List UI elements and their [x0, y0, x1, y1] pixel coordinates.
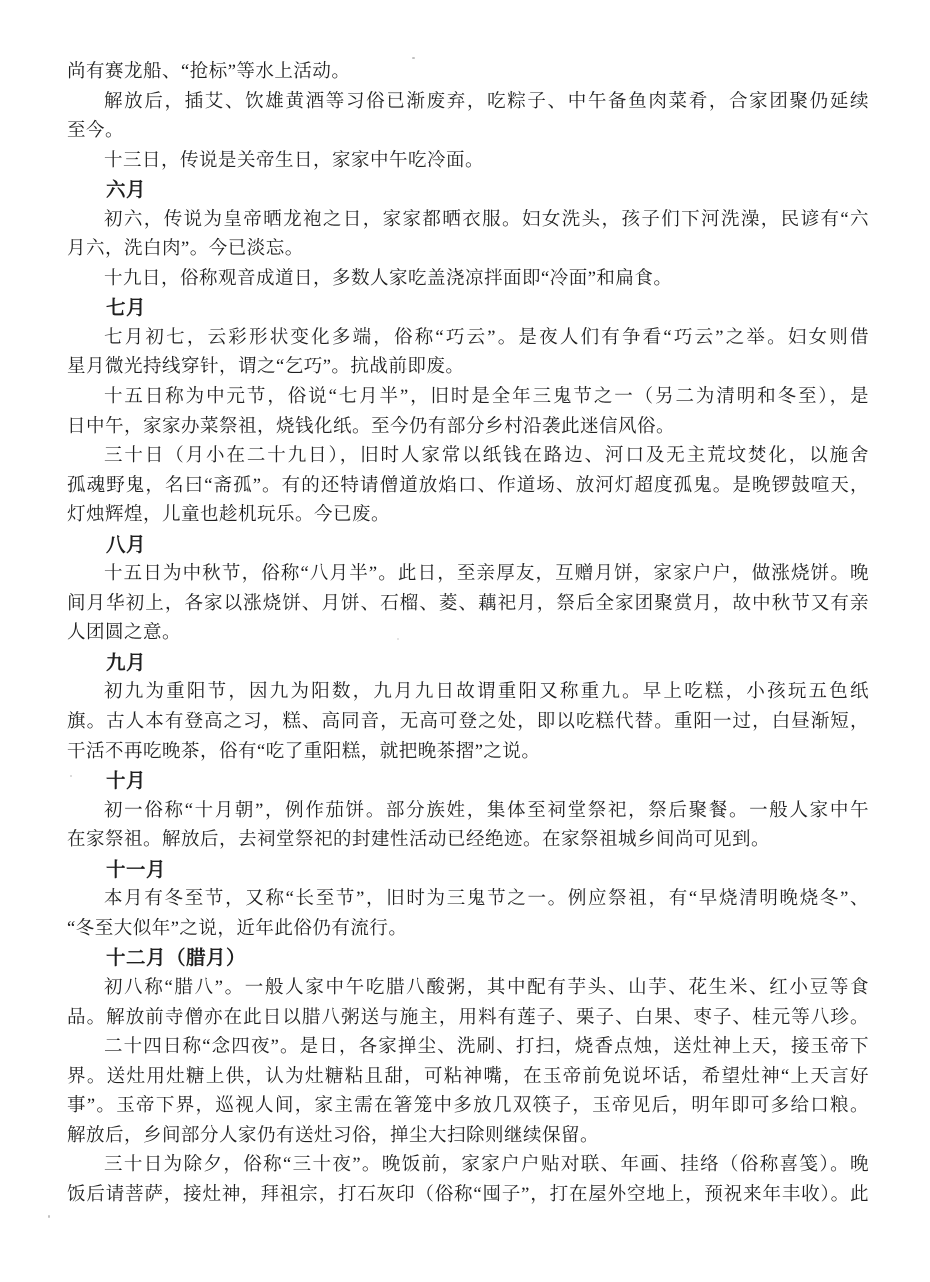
scan-speck — [403, 368, 407, 370]
text-line: 事”。玉帝下界，巡视人间，家主需在箸笼中多放几双筷子，玉帝见后，明年即可多给口粮… — [67, 1092, 869, 1122]
text-line: 十三日，传说是关帝生日，家家中午吃冷面。 — [67, 147, 869, 177]
month-heading: 八月 — [67, 531, 869, 561]
text-line: 三十日（月小在二十九日），旧时人家常以纸钱在路边、河口及无主荒坟焚化，以施舍 — [67, 442, 869, 472]
text-line: 初一俗称“十月朝”，例作茄饼。部分族姓，集体至祠堂祭祀，祭后聚餐。一般人家中午 — [67, 797, 869, 827]
text-line: 十五日称为中元节，俗说“七月半”，旧时是全年三鬼节之一（另二为清明和冬至），是 — [67, 383, 869, 413]
text-line: 日中午，家家办菜祭祖，烧钱化纸。至今仍有部分乡村沿袭此迷信风俗。 — [67, 413, 869, 443]
text-line: 初六，传说为皇帝晒龙袍之日，家家都晒衣服。妇女洗头，孩子们下河洗澡，民谚有“六 — [67, 206, 869, 236]
text-line: 在家祭祖。解放后，去祠堂祭祀的封建性活动已经绝迹。在家祭祖城乡间尚可见到。 — [67, 826, 869, 856]
text-line: 间月华初上，各家以涨烧饼、月饼、石榴、菱、藕祀月，祭后全家团聚赏月，故中秋节又有… — [67, 590, 869, 620]
text-line: 尚有赛龙船、“抢标”等水上活动。 — [67, 58, 869, 88]
text-line: 三十日为除夕，俗称“三十夜”。晚饭前，家家户户贴对联、年画、挂络（俗称喜笺）。晚 — [67, 1151, 869, 1181]
month-heading: 十月 — [67, 767, 869, 797]
text-line: 十五日为中秋节，俗称“八月半”。此日，至亲厚友，互赠月饼，家家户户，做涨烧饼。晚 — [67, 560, 869, 590]
text-line: 七月初七，云彩形状变化多端，俗称“巧云”。是夜人们有争看“巧云”之举。妇女则借 — [67, 324, 869, 354]
month-heading: 九月 — [67, 649, 869, 679]
text-line: 孤魂野鬼，名曰“斋孤”。有的还特请僧道放焰口、作道场、放河灯超度孤鬼。是晚锣鼓喧… — [67, 472, 869, 502]
text-line: 界。送灶用灶糖上供，认为灶糖粘且甜，可粘神嘴，在玉帝前免说坏话，希望灶神“上天言… — [67, 1063, 869, 1093]
text-line: 解放后，乡间部分人家仍有送灶习俗，掸尘大扫除则继续保留。 — [67, 1122, 869, 1152]
month-heading: 六月 — [67, 176, 869, 206]
text-line: 旗。古人本有登高之习，糕、高同音，无高可登之处，即以吃糕代替。重阳一过，白昼渐短… — [67, 708, 869, 738]
text-line: 本月有冬至节，又称“长至节”，旧时为三鬼节之一。例应祭祖，有“早烧清明晚烧冬”、 — [67, 885, 869, 915]
text-line: 星月微光持线穿针，谓之“乞巧”。抗战前即废。 — [67, 353, 869, 383]
page-text: 尚有赛龙船、“抢标”等水上活动。解放后，插艾、饮雄黄酒等习俗已渐废弃，吃粽子、中… — [67, 58, 869, 1210]
month-heading: 七月 — [67, 294, 869, 324]
text-line: 二十四日称“念四夜”。是日，各家掸尘、洗刷、打扫，烧香点烛，送灶神上天，接玉帝下 — [67, 1033, 869, 1063]
text-line: “冬至大似年”之说，近年此俗仍有流行。 — [67, 915, 869, 945]
text-line: 饭后请菩萨，接灶神，拜祖宗，打石灰印（俗称“囤子”，打在屋外空地上，预祝来年丰收… — [67, 1181, 869, 1211]
text-line: 灯烛辉煌，儿童也趁机玩乐。今已废。 — [67, 501, 869, 531]
scan-speck — [397, 638, 399, 640]
book-page: 尚有赛龙船、“抢标”等水上活动。解放后，插艾、饮雄黄酒等习俗已渐废弃，吃粽子、中… — [0, 0, 930, 1282]
scan-speck — [412, 57, 415, 59]
scan-speck — [48, 1215, 50, 1218]
scan-speck — [70, 775, 72, 777]
text-line: 干活不再吃晚茶，俗有“吃了重阳糕，就把晚茶摺”之说。 — [67, 738, 869, 768]
text-line: 至今。 — [67, 117, 869, 147]
month-heading: 十一月 — [67, 856, 869, 886]
text-line: 品。解放前寺僧亦在此日以腊八粥送与施主，用料有莲子、栗子、白果、枣子、桂元等八珍… — [67, 1004, 869, 1034]
text-line: 解放后，插艾、饮雄黄酒等习俗已渐废弃，吃粽子、中午备鱼肉菜肴，合家团聚仍延续 — [67, 88, 869, 118]
month-heading: 十二月（腊月） — [67, 944, 869, 974]
text-line: 人团圆之意。 — [67, 619, 869, 649]
text-line: 初九为重阳节，因九为阳数，九月九日故谓重阳又称重九。早上吃糕，小孩玩五色纸 — [67, 678, 869, 708]
text-line: 初八称“腊八”。一般人家中午吃腊八酸粥，其中配有芋头、山芋、花生米、红小豆等食 — [67, 974, 869, 1004]
text-line: 十九日，俗称观音成道日，多数人家吃盖浇凉拌面即“冷面”和扁食。 — [67, 265, 869, 295]
text-line: 月六，洗白肉”。今已淡忘。 — [67, 235, 869, 265]
